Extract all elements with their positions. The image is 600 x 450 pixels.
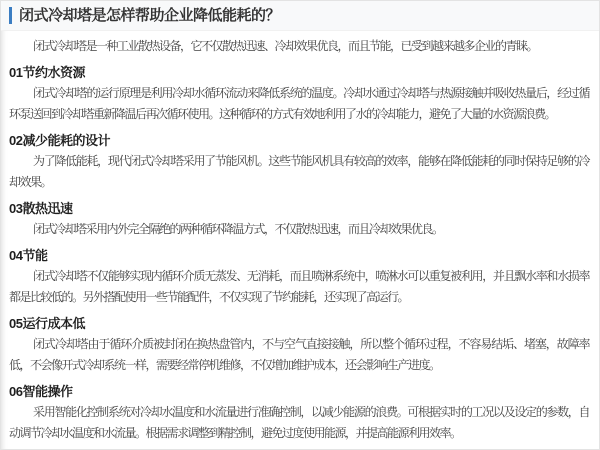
section-heading: 03散热迅速 bbox=[9, 198, 589, 219]
section-body: 为了降低能耗，现代闭式冷却塔采用了节能风机。这些节能风机具有较高的效率，能够在降… bbox=[9, 151, 589, 193]
article-page: 闭式冷却塔是怎样帮助企业降低能耗的？ 闭式冷却塔是一种工业散热设备，它不仅散热迅… bbox=[0, 0, 600, 450]
intro-paragraph: 闭式冷却塔是一种工业散热设备，它不仅散热迅速、冷却效果优良，而且节能，已受到越来… bbox=[9, 36, 589, 57]
section-body: 闭式冷却塔采用内外完全隔绝的两种循环降温方式，不仅散热迅速，而且冷却效果优良。 bbox=[9, 219, 589, 240]
section-smart-operation: 06智能操作 采用智能化控制系统对冷却水温度和水流量进行准确控制，以减少能源的浪… bbox=[9, 381, 589, 444]
section-body: 闭式冷却塔的运行原理是利用冷却水循环流动来降低系统的温度。冷却水通过冷却塔与热源… bbox=[9, 83, 589, 125]
section-heading: 05运行成本低 bbox=[9, 313, 589, 334]
section-body: 闭式冷却塔由于循环介质被封闭在换热盘管内，不与空气直接接触，所以整个循环过程，不… bbox=[9, 334, 589, 376]
article-header: 闭式冷却塔是怎样帮助企业降低能耗的？ bbox=[1, 1, 599, 31]
section-low-cost: 05运行成本低 闭式冷却塔由于循环介质被封闭在换热盘管内，不与空气直接接触，所以… bbox=[9, 313, 589, 376]
title-accent-bar bbox=[9, 7, 12, 24]
section-body: 采用智能化控制系统对冷却水温度和水流量进行准确控制，以减少能源的浪费。可根据实时… bbox=[9, 402, 589, 444]
section-energy-saving: 04节能 闭式冷却塔不仅能够实现内循环介质无蒸发、无消耗，而且喷淋系统中，喷淋水… bbox=[9, 245, 589, 308]
page-title: 闭式冷却塔是怎样帮助企业降低能耗的？ bbox=[19, 1, 280, 31]
section-heading: 01节约水资源 bbox=[9, 62, 589, 83]
section-water-saving: 01节约水资源 闭式冷却塔的运行原理是利用冷却水循环流动来降低系统的温度。冷却水… bbox=[9, 62, 589, 125]
section-body: 闭式冷却塔不仅能够实现内循环介质无蒸发、无消耗，而且喷淋系统中，喷淋水可以重复被… bbox=[9, 266, 589, 308]
section-heading: 04节能 bbox=[9, 245, 589, 266]
section-heading: 06智能操作 bbox=[9, 381, 589, 402]
section-energy-design: 02减少能耗的设计 为了降低能耗，现代闭式冷却塔采用了节能风机。这些节能风机具有… bbox=[9, 130, 589, 193]
section-heading: 02减少能耗的设计 bbox=[9, 130, 589, 151]
article-content: 闭式冷却塔是一种工业散热设备，它不仅散热迅速、冷却效果优良，而且节能，已受到越来… bbox=[1, 31, 599, 449]
section-fast-cooling: 03散热迅速 闭式冷却塔采用内外完全隔绝的两种循环降温方式，不仅散热迅速，而且冷… bbox=[9, 198, 589, 240]
